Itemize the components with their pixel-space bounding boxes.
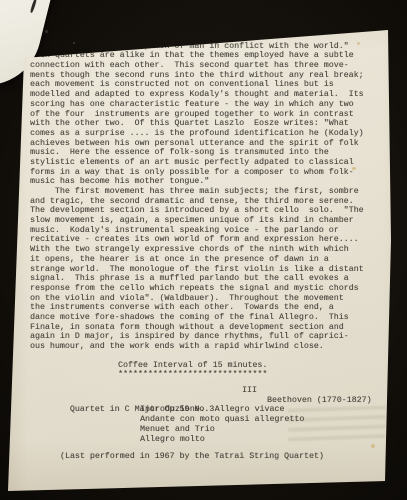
- typewritten-text: 3. based on a tragic conception of man i…: [30, 23, 385, 462]
- footnote: (Last performed in 1967 by the Tatrai St…: [30, 452, 385, 462]
- body-line: forms in a way that is only possible for…: [30, 168, 385, 178]
- body-line: connection with each other. This second …: [30, 61, 385, 71]
- body-line: it opens, the hearer is at once in the p…: [30, 255, 385, 265]
- body-line: music. Kodaly's instrumental speaking vo…: [30, 226, 385, 236]
- movement-item: Menuet and Trio: [30, 425, 385, 435]
- body-line: slow movement is, again, a specimen uniq…: [30, 216, 385, 226]
- body-line: response from the cello which repeats th…: [30, 284, 385, 294]
- body-line: comes as a surprise .... is the profound…: [30, 129, 385, 139]
- body-line: scoring has one characteristic feature -…: [30, 100, 385, 110]
- body-line: music has become his mother tongue.": [30, 177, 385, 187]
- body-line: achieves between his own personal uttera…: [30, 139, 385, 149]
- body-line: of the four instruments are grouped toge…: [30, 110, 385, 120]
- work-title: Quartet in C Major Op.59 No.3: [70, 405, 214, 414]
- composer-name: Beethoven (1770-1827): [267, 396, 372, 406]
- body-line: modelled and adapted to express Kodaly's…: [30, 90, 385, 100]
- body-line: music. Here the essence of folk-song is …: [30, 148, 385, 158]
- asterisk-divider: ******************************: [30, 370, 385, 380]
- body-line: each movement is constructed not on conv…: [30, 80, 385, 90]
- work-title-row: Quartet in C Major Op.59 No.3 Beethoven …: [30, 396, 385, 406]
- body-line: with the other two. Of this Quartet Lasz…: [30, 119, 385, 129]
- interval-note: Coffee Interval of 15 minutes.: [30, 361, 385, 371]
- program-page: 3. based on a tragic conception of man i…: [0, 0, 407, 500]
- body-line: based on a tragic conception of man in c…: [30, 42, 385, 52]
- body-line: signal. This phrase is a muffled parland…: [30, 274, 385, 284]
- body-line: dance motive fore-shadows the coming of …: [30, 313, 385, 323]
- body-line: recitative - creates its own world of fo…: [30, 235, 385, 245]
- body-line: strange world. The monologue of the firs…: [30, 265, 385, 275]
- page-number: 3.: [30, 23, 385, 33]
- body-line: ments though the second runs into the th…: [30, 71, 385, 81]
- movement-item: Andante con moto quasi allegretto: [30, 415, 385, 425]
- dust-speck: [73, 42, 75, 44]
- body-line: The first movement has three main subjec…: [30, 187, 385, 197]
- body-line: ous humour, and the work ends with a rap…: [30, 342, 385, 352]
- body-line: Both quartets are alike in that the them…: [30, 51, 385, 61]
- body-line: stylistic elements of an art music perfe…: [30, 158, 385, 168]
- photo-background: 3. based on a tragic conception of man i…: [0, 0, 407, 500]
- body-line: With the two strangely expressive chords…: [30, 245, 385, 255]
- body-line: the instruments converse with each other…: [30, 303, 385, 313]
- ink-speck: [45, 30, 48, 33]
- body-line: and tragic, the second dramatic and tens…: [30, 197, 385, 207]
- body-line: again in D major, is inspired by dance r…: [30, 332, 385, 342]
- movement-item: Allegro molto: [30, 435, 385, 445]
- section-number: III: [30, 386, 385, 396]
- body-line: Finale, in sonata form though without a …: [30, 323, 385, 333]
- body-line: The development section is introduced by…: [30, 206, 385, 216]
- body-line: on the violin and viola". (Waldbauer). T…: [30, 294, 385, 304]
